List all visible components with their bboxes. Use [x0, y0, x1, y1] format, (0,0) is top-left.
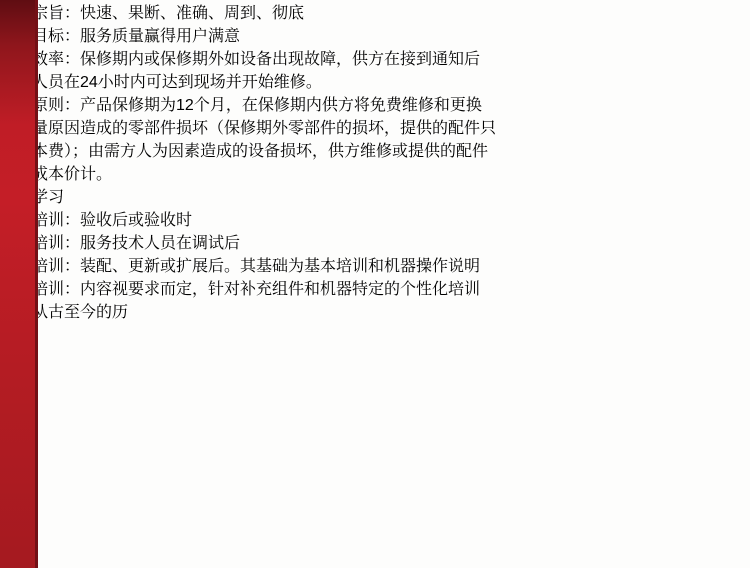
- document-line: 高级培训：内容视要求而定，针对补充组件和机器特定的个性化培训: [0, 276, 750, 299]
- text-segment: 特定培训：装配、更新或扩展后。其基础为基本培训和机器操作说明: [0, 258, 480, 275]
- text-segment: 产品保修期为12个月: [80, 97, 226, 114]
- watermark-text-line2: 史演: [0, 322, 750, 345]
- document-line: 起步培训：服务技术人员在调试后: [0, 230, 750, 253]
- watermark-text-line1: 中国从古至今的历: [0, 299, 750, 322]
- training-section-heading: 培训学习: [0, 184, 750, 207]
- text-segment: 维修人员在24小时内可达到现场并开始维修: [0, 74, 306, 91]
- document-line: 均按成本价计。: [0, 161, 750, 184]
- text-segment: 服务效率：保修期内或保修期外如设备出现故障，供方在接到通知后: [0, 51, 480, 68]
- document-line: 服务原则：产品保修期为12个月，在保修期内供方将免费维修和更换: [0, 92, 750, 115]
- text-segment: 高级培训：内容视要求而定，针对补充组件和机器特定的个性化培训: [0, 281, 480, 298]
- training-section: 基本培训：验收后或验收时起步培训：服务技术人员在调试后特定培训：装配、更新或扩展…: [0, 207, 750, 299]
- left-margin-band: [0, 0, 38, 568]
- text-segment: 属质量原因造成的零部件损坏（保修期外零部件的损坏，提供的配件只: [0, 120, 496, 137]
- document-line: 服务效率：保修期内或保修期外如设备出现故障，供方在接到通知后: [0, 46, 750, 69]
- document-line: 收成本费）；由需方人为因素造成的设备损坏，供方维修或提供的配件: [0, 138, 750, 161]
- document-line: 服务目标：服务质量赢得用户满意: [0, 23, 750, 46]
- text-segment: 收成本费）；由需方人为因素造成的设备损坏，供方维修或提供的配件: [0, 143, 488, 160]
- document-line: 服务宗旨：快速、果断、准确、周到、彻底: [0, 0, 750, 23]
- right-margin-band: [704, 0, 750, 568]
- document-line: 特定培训：装配、更新或扩展后。其基础为基本培训和机器操作说明: [0, 253, 750, 276]
- document-line: 维修人员在24小时内可达到现场并开始维修。: [0, 69, 750, 92]
- document-line: 属质量原因造成的零部件损坏（保修期外零部件的损坏，提供的配件只: [0, 115, 750, 138]
- service-section: 服务宗旨：快速、果断、准确、周到、彻底服务目标：服务质量赢得用户满意服务效率：保…: [0, 0, 750, 184]
- text-segment: ，在保修期内供方将免费维修和更换: [226, 97, 482, 114]
- document-page: 服务宗旨：快速、果断、准确、周到、彻底服务目标：服务质量赢得用户满意服务效率：保…: [0, 0, 750, 568]
- training-lines: 基本培训：验收后或验收时起步培训：服务技术人员在调试后特定培训：装配、更新或扩展…: [0, 207, 750, 299]
- text-segment: 服务宗旨：快速、果断、准确、周到、彻底: [0, 5, 304, 22]
- document-line: 基本培训：验收后或验收时: [0, 207, 750, 230]
- text-segment: 。: [306, 74, 322, 91]
- service-lines: 服务宗旨：快速、果断、准确、周到、彻底服务目标：服务质量赢得用户满意服务效率：保…: [0, 0, 750, 184]
